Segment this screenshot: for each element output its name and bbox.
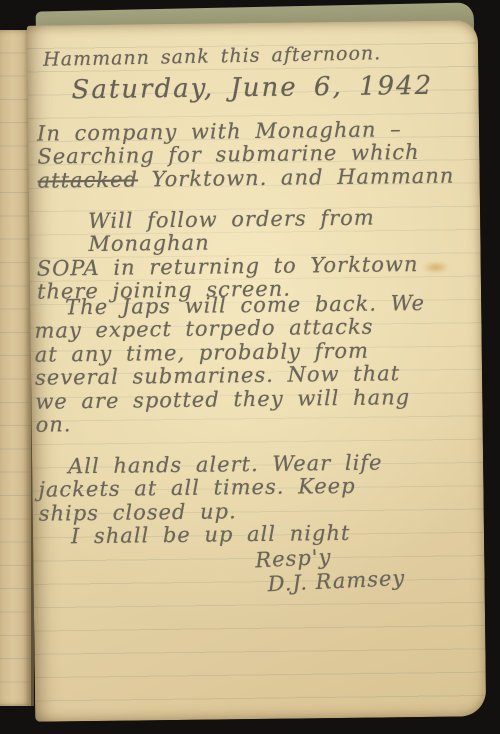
entry-note-line: Hammann sank this afternoon.: [43, 42, 381, 70]
handwritten-line: attacked Yorktown. and Hammann: [38, 164, 480, 193]
handwritten-line: I shall be up all night: [71, 520, 481, 548]
struck-word: attacked: [38, 167, 139, 192]
signature-name: D.J. Ramsey: [267, 566, 406, 596]
line-continuation: Yorktown. and Hammann: [138, 163, 455, 191]
notebook-page: Hammann sank this afternoon. Saturday, J…: [27, 20, 486, 721]
paragraph-warning: The Japs will come back. We may expect t…: [34, 291, 478, 437]
paragraph-orders: Will follow orders from Monaghan SOPA in…: [36, 205, 479, 304]
paragraph-company: In company with Monaghan – Searching for…: [37, 117, 480, 193]
handwritten-line: Will follow orders from Monaghan: [88, 205, 479, 257]
signature-respectfully: Resp'y: [255, 545, 332, 573]
scanned-notebook-photo: Hammann sank this afternoon. Saturday, J…: [0, 0, 500, 734]
entry-date: Saturday, June 6, 1942: [71, 71, 433, 105]
paragraph-instructions: All hands alert. Wear life jackets at al…: [38, 450, 481, 549]
